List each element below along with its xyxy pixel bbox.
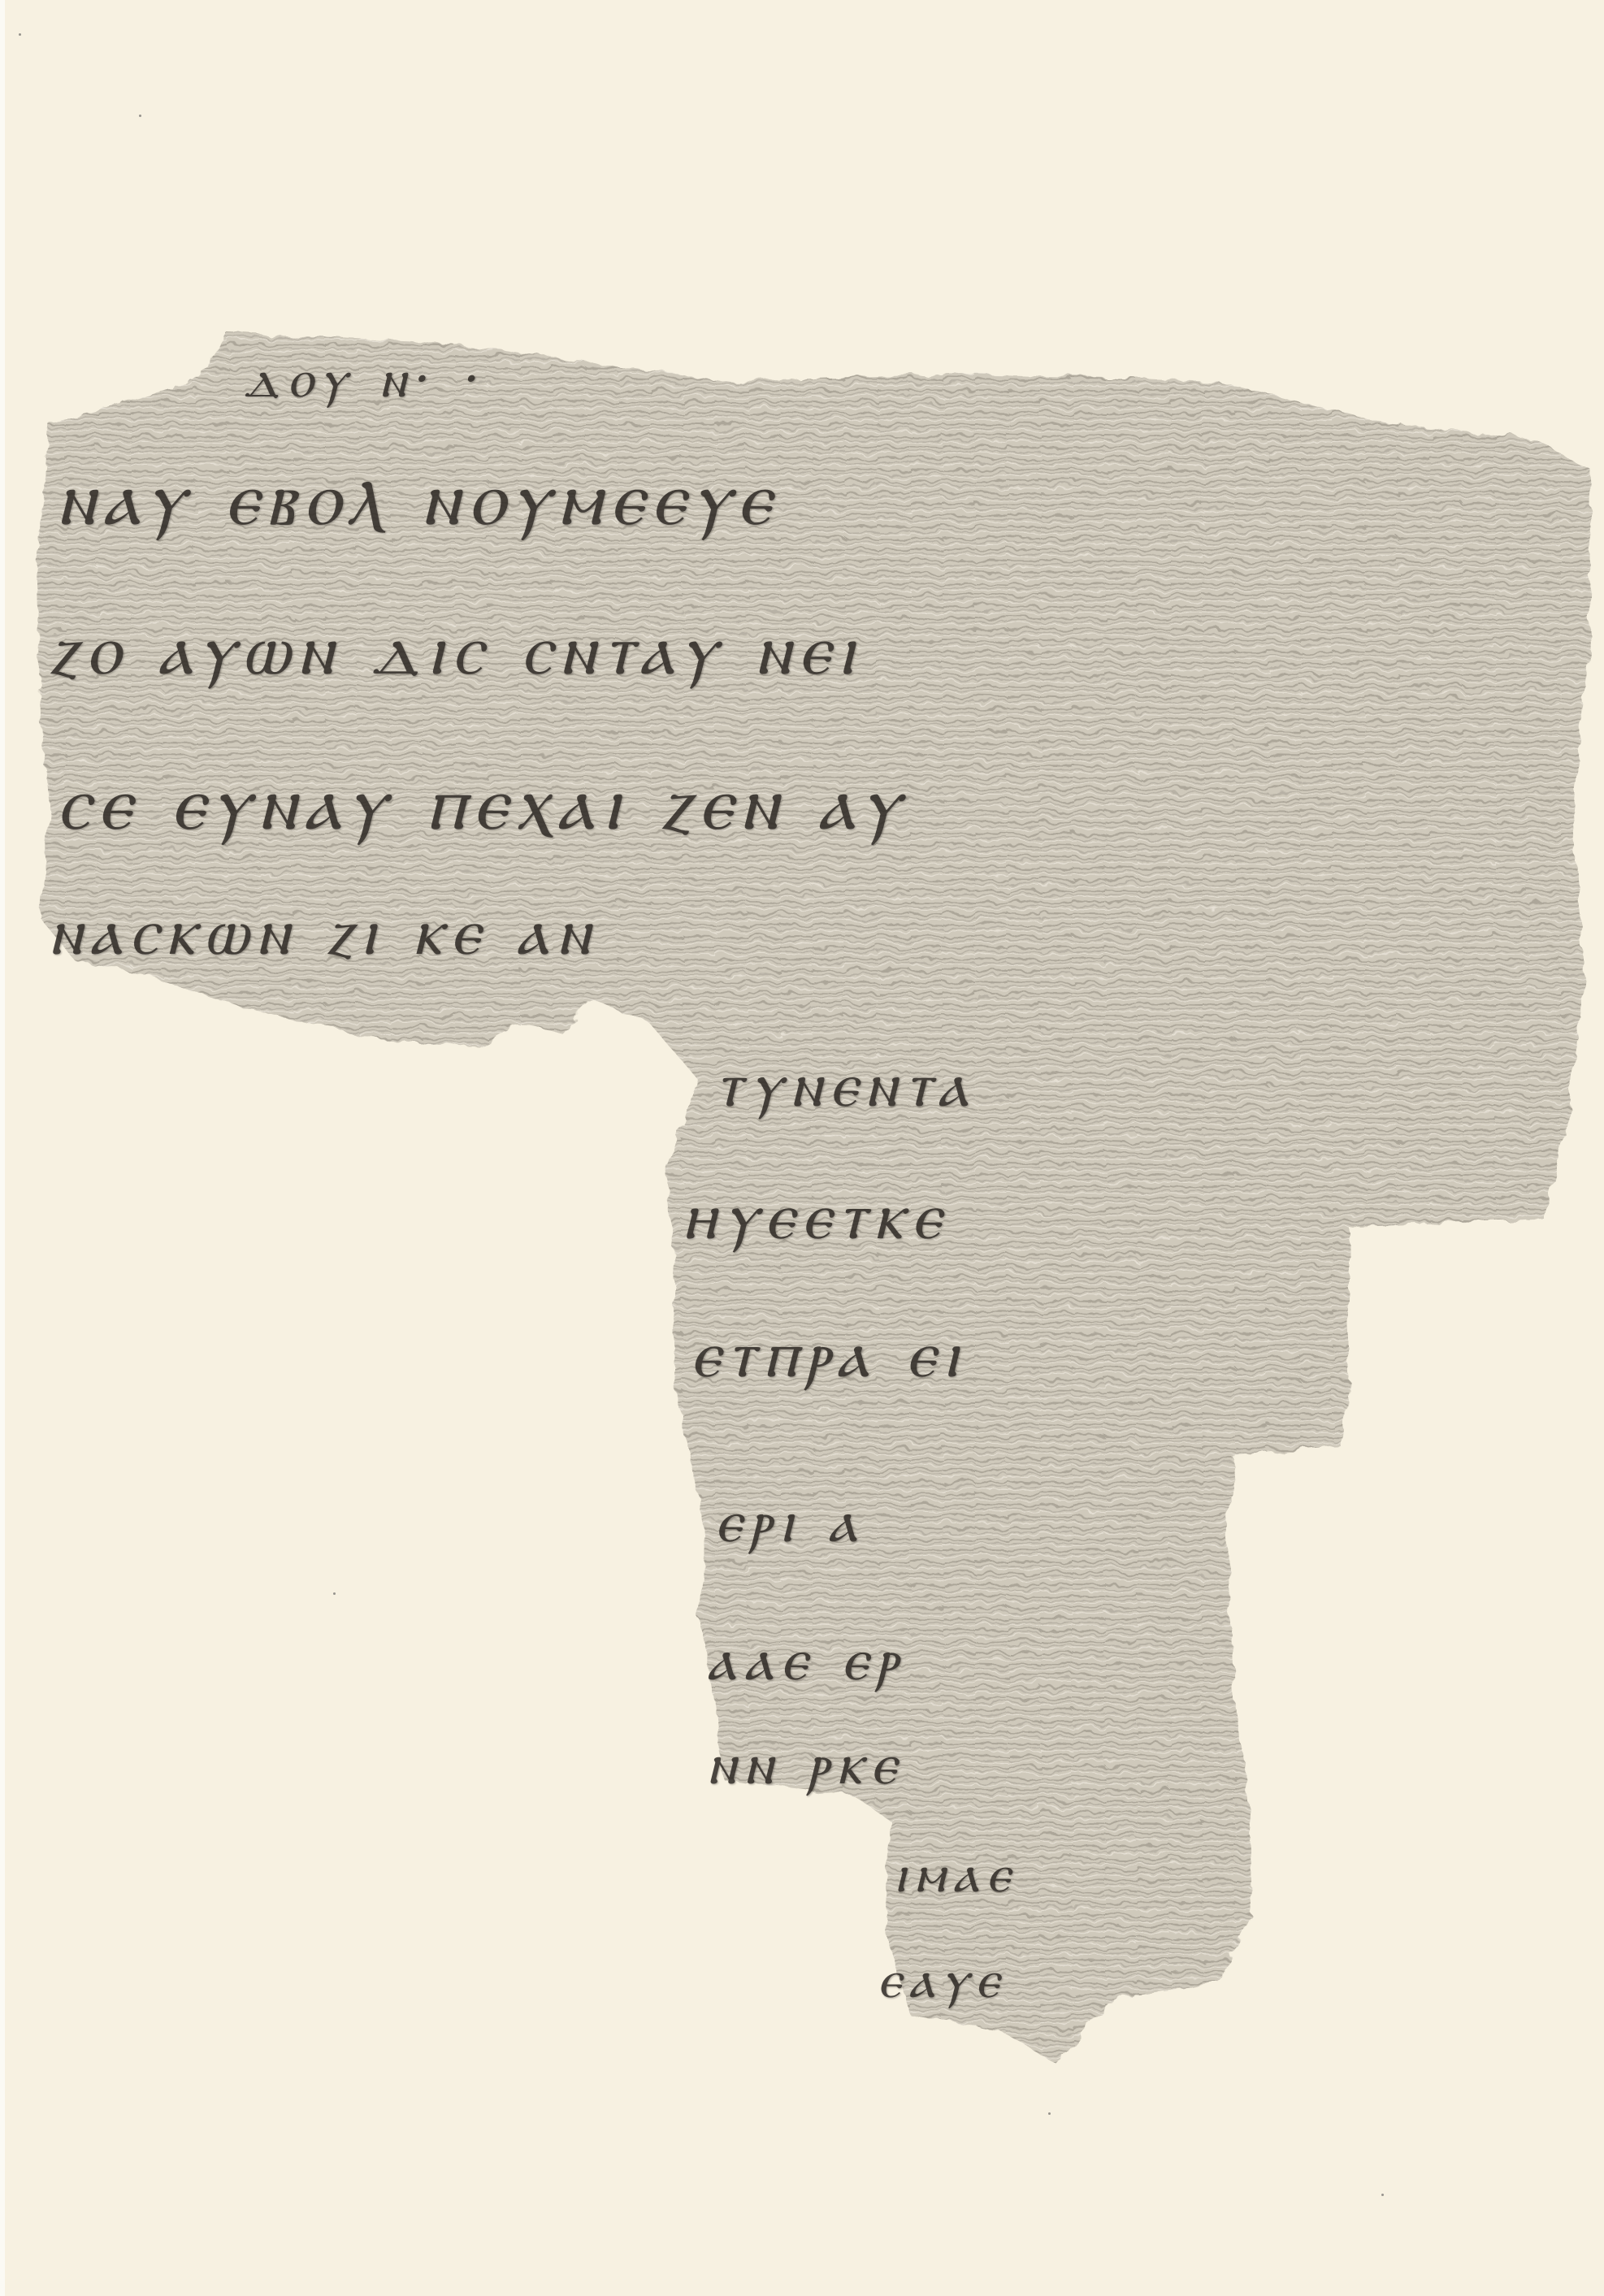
text-line: ⲥⲉ ⲉⲩⲛⲁⲩ ⲡⲉⲭⲁⲓ ⲍⲉⲛ ⲁⲩ — [57, 760, 908, 848]
text-line: ⲍⲟ ⲁⲩⲱⲛ ⲇⲓⲥ ⲥⲛⲧⲁⲩ ⲛⲉⲓ — [49, 609, 862, 692]
papyrus-photograph: ⲇⲟⲩ ⲛ· · ⲛⲁⲩ ⲉⲃⲟⲗ ⲛⲟⲩⲙⲉⲉⲩⲉ ⲍⲟ ⲁⲩⲱⲛ ⲇⲓⲥ ⲥ… — [0, 0, 1604, 2296]
text-line: ⲉⲣⲓ ⲁ — [715, 1487, 865, 1557]
dust-speck — [333, 1592, 336, 1595]
papyrus-fragment — [0, 0, 1604, 2296]
text-line: ⲁⲁⲉ ⲉⲣ — [707, 1625, 906, 1695]
text-line: ⲏⲩⲉⲉⲧⲕⲉ — [683, 1178, 948, 1254]
dust-speck — [1381, 2194, 1384, 2196]
dust-speck — [1048, 2112, 1051, 2115]
dust-speck — [139, 115, 141, 117]
dust-speck — [19, 33, 21, 36]
text-line: ⲧⲩⲛⲉⲛⲧⲁ — [715, 1048, 977, 1122]
text-line: ⲛⲁⲥⲕⲱⲛ ⲍⲓ ⲕⲉ ⲁⲛ — [49, 894, 598, 970]
text-line: ⲇⲟⲩ ⲛ· · — [244, 349, 488, 409]
text-line: ⲉⲁⲩⲉ — [878, 1950, 1007, 2010]
text-line: ⲛⲁⲩ ⲉⲃⲟⲗ ⲛⲟⲩⲙⲉⲉⲩⲉ — [57, 455, 778, 544]
text-line: ⲓⲙⲁⲉ — [894, 1844, 1017, 1904]
text-line: ⲉⲧⲡⲣⲁ ⲉⲓ — [691, 1316, 966, 1393]
text-line: ⲛⲛ ⲣⲕⲉ — [707, 1731, 904, 1798]
